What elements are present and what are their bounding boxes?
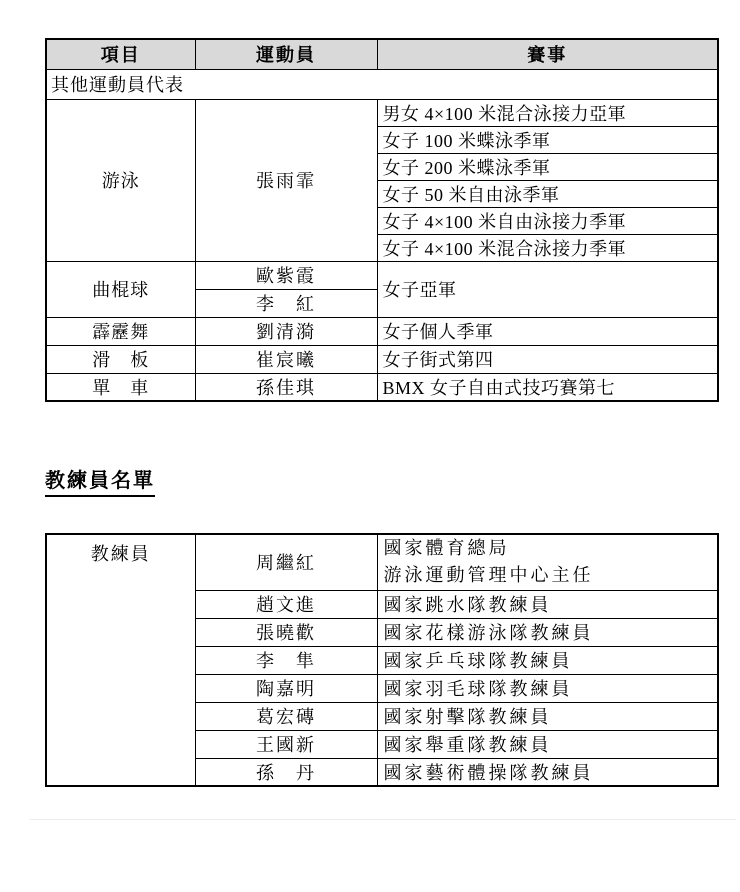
event-cell: 女子亞軍 bbox=[377, 261, 718, 317]
coach-name: 張曉歡 bbox=[195, 618, 377, 646]
table-row: 教練員 周繼紅 國家體育總局 游泳運動管理中心主任 bbox=[46, 534, 718, 590]
coach-name: 李 隼 bbox=[195, 646, 377, 674]
coach-role-cell: 國家乒乓球隊教練員 bbox=[377, 646, 718, 674]
event-cell: 女子 4×100 米自由泳接力季軍 bbox=[377, 207, 718, 234]
table-row: 游泳 張雨霏 男女 4×100 米混合泳接力亞軍 bbox=[46, 99, 718, 126]
item-hockey: 曲棍球 bbox=[46, 261, 195, 317]
coach-role-line: 國家體育總局 bbox=[384, 535, 718, 562]
column-header-item: 項目 bbox=[46, 39, 195, 69]
coaches-list-heading-text: 教練員名單 bbox=[45, 468, 155, 497]
event-cell: 女子 50 米自由泳季軍 bbox=[377, 180, 718, 207]
event-cell: 女子街式第四 bbox=[377, 345, 718, 373]
coach-role-cell: 國家舉重隊教練員 bbox=[377, 730, 718, 758]
coach-name: 趙文進 bbox=[195, 590, 377, 618]
item-swimming: 游泳 bbox=[46, 99, 195, 261]
table-row: 霹靂舞 劉清漪 女子個人季軍 bbox=[46, 317, 718, 345]
document-page: { "colors": { "header_bg": "#d9d9d9", "b… bbox=[0, 38, 740, 892]
coach-role-line: 游泳運動管理中心主任 bbox=[384, 562, 718, 589]
athlete-name: 歐紫霞 bbox=[195, 261, 377, 289]
group-label-coaches: 教練員 bbox=[46, 534, 195, 786]
column-header-event: 賽事 bbox=[377, 39, 718, 69]
item-cycling: 單 車 bbox=[46, 373, 195, 401]
coach-role-cell: 國家體育總局 游泳運動管理中心主任 bbox=[377, 534, 718, 590]
coach-name: 陶嘉明 bbox=[195, 674, 377, 702]
event-cell: 男女 4×100 米混合泳接力亞軍 bbox=[377, 99, 718, 126]
event-cell: BMX 女子自由式技巧賽第七 bbox=[377, 373, 718, 401]
athlete-name: 劉清漪 bbox=[195, 317, 377, 345]
coaches-list-heading: 教練員名單 bbox=[45, 468, 740, 497]
event-cell: 女子 4×100 米混合泳接力季軍 bbox=[377, 234, 718, 261]
athlete-name: 張雨霏 bbox=[195, 99, 377, 261]
athlete-name: 孫佳琪 bbox=[195, 373, 377, 401]
athlete-name: 李 紅 bbox=[195, 289, 377, 317]
coach-name: 王國新 bbox=[195, 730, 377, 758]
coach-role-cell: 國家射擊隊教練員 bbox=[377, 702, 718, 730]
coach-role-cell: 國家花樣游泳隊教練員 bbox=[377, 618, 718, 646]
coach-name: 孫 丹 bbox=[195, 758, 377, 786]
page-bottom-artifact-line bbox=[30, 819, 736, 820]
athlete-name: 崔宸曦 bbox=[195, 345, 377, 373]
athletes-table: 項目 運動員 賽事 其他運動員代表 游泳 張雨霏 男女 4×100 米混合泳接力… bbox=[45, 38, 719, 402]
coach-name: 葛宏磚 bbox=[195, 702, 377, 730]
coach-role-cell: 國家藝術體操隊教練員 bbox=[377, 758, 718, 786]
coaches-table: 教練員 周繼紅 國家體育總局 游泳運動管理中心主任 趙文進 國家跳水隊教練員 張… bbox=[45, 533, 719, 787]
item-breaking: 霹靂舞 bbox=[46, 317, 195, 345]
coach-role-cell: 國家羽毛球隊教練員 bbox=[377, 674, 718, 702]
table-row: 滑 板 崔宸曦 女子街式第四 bbox=[46, 345, 718, 373]
section-label: 其他運動員代表 bbox=[46, 69, 718, 99]
coach-role-cell: 國家跳水隊教練員 bbox=[377, 590, 718, 618]
event-cell: 女子 200 米蝶泳季軍 bbox=[377, 153, 718, 180]
athletes-table-header-row: 項目 運動員 賽事 bbox=[46, 39, 718, 69]
event-cell: 女子個人季軍 bbox=[377, 317, 718, 345]
table-row: 單 車 孫佳琪 BMX 女子自由式技巧賽第七 bbox=[46, 373, 718, 401]
table-row: 曲棍球 歐紫霞 女子亞軍 bbox=[46, 261, 718, 289]
section-row: 其他運動員代表 bbox=[46, 69, 718, 99]
coach-name: 周繼紅 bbox=[195, 534, 377, 590]
column-header-athlete: 運動員 bbox=[195, 39, 377, 69]
item-skateboard: 滑 板 bbox=[46, 345, 195, 373]
event-cell: 女子 100 米蝶泳季軍 bbox=[377, 126, 718, 153]
